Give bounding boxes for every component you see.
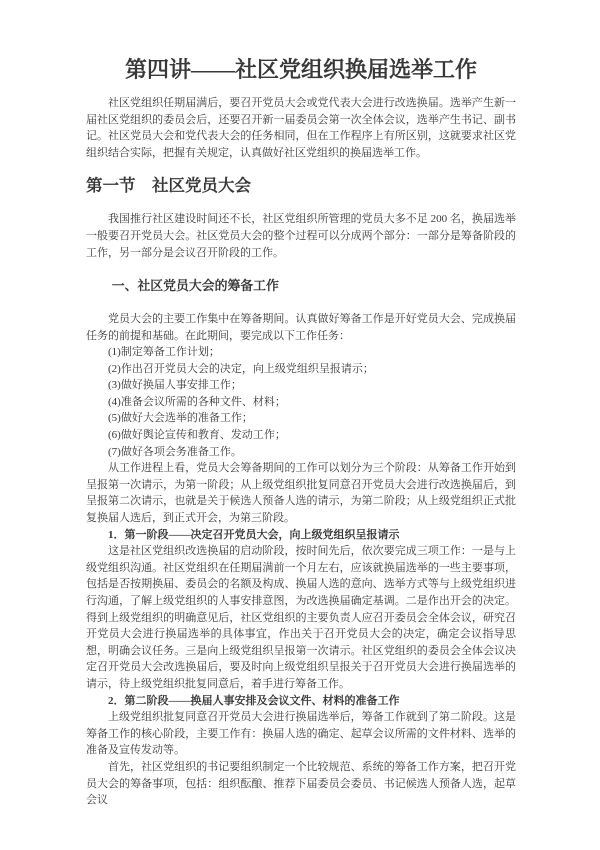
stage-1-heading: 1．第一阶段——决定召开党员大会，向上级党组织呈报请示	[86, 527, 516, 544]
document-page: 第四讲——社区党组织换届选举工作 社区党组织任期届满后，要召开党员大会或党代表大…	[86, 62, 516, 809]
stages-overview-paragraph: 从工作进程上看，党员大会筹备期间的工作可以划分为三个阶段：从筹备工作开始到呈报第…	[86, 460, 516, 526]
task-item: (1)制定筹备工作计划；	[86, 344, 516, 361]
intro-paragraph: 社区党组织任期届满后，要召开党员大会或党代表大会进行改选换届。选举产生新一届社区…	[86, 95, 516, 161]
subsection-1-heading: 一、社区党员大会的筹备工作	[86, 278, 516, 295]
section-overview-paragraph: 我国推行社区建设时间还不长，社区党组织所管理的党员大多不足 200 名，换届选举…	[86, 211, 516, 261]
task-item: (4)准备会议所需的各种文件、材料；	[86, 394, 516, 411]
document-title: 第四讲——社区党组织换届选举工作	[86, 62, 516, 79]
stage-2-paragraph-2: 首先，社区党组织的书记要组织制定一个比较规范、系统的筹备工作方案，把召开党员大会…	[86, 759, 516, 809]
stage-2-paragraph-1: 上级党组织批复同意召开党员大会进行换届选举后，筹备工作就到了第二阶段。这是筹备工…	[86, 709, 516, 759]
stage-1-paragraph: 这是社区党组织改选换届的启动阶段，按时间先后，依次要完成三项工作：一是与上级党组…	[86, 543, 516, 692]
task-list: (1)制定筹备工作计划； (2)作出召开党员大会的决定，向上级党组织呈报请示； …	[86, 344, 516, 460]
section-1-heading: 第一节 社区党员大会	[86, 178, 516, 195]
task-item: (7)做好各项会务准备工作。	[86, 444, 516, 461]
task-item: (5)做好大会选举的准备工作；	[86, 410, 516, 427]
task-item: (2)作出召开党员大会的决定，向上级党组织呈报请示；	[86, 361, 516, 378]
task-item: (6)做好舆论宣传和教育、发动工作；	[86, 427, 516, 444]
prep-intro-paragraph: 党员大会的主要工作集中在筹备期间。认真做好筹备工作是开好党员大会、完成换届任务的…	[86, 311, 516, 344]
stage-2-heading: 2．第二阶段——换届人事安排及会议文件、材料的准备工作	[86, 693, 516, 710]
task-item: (3)做好换届人事安排工作；	[86, 377, 516, 394]
